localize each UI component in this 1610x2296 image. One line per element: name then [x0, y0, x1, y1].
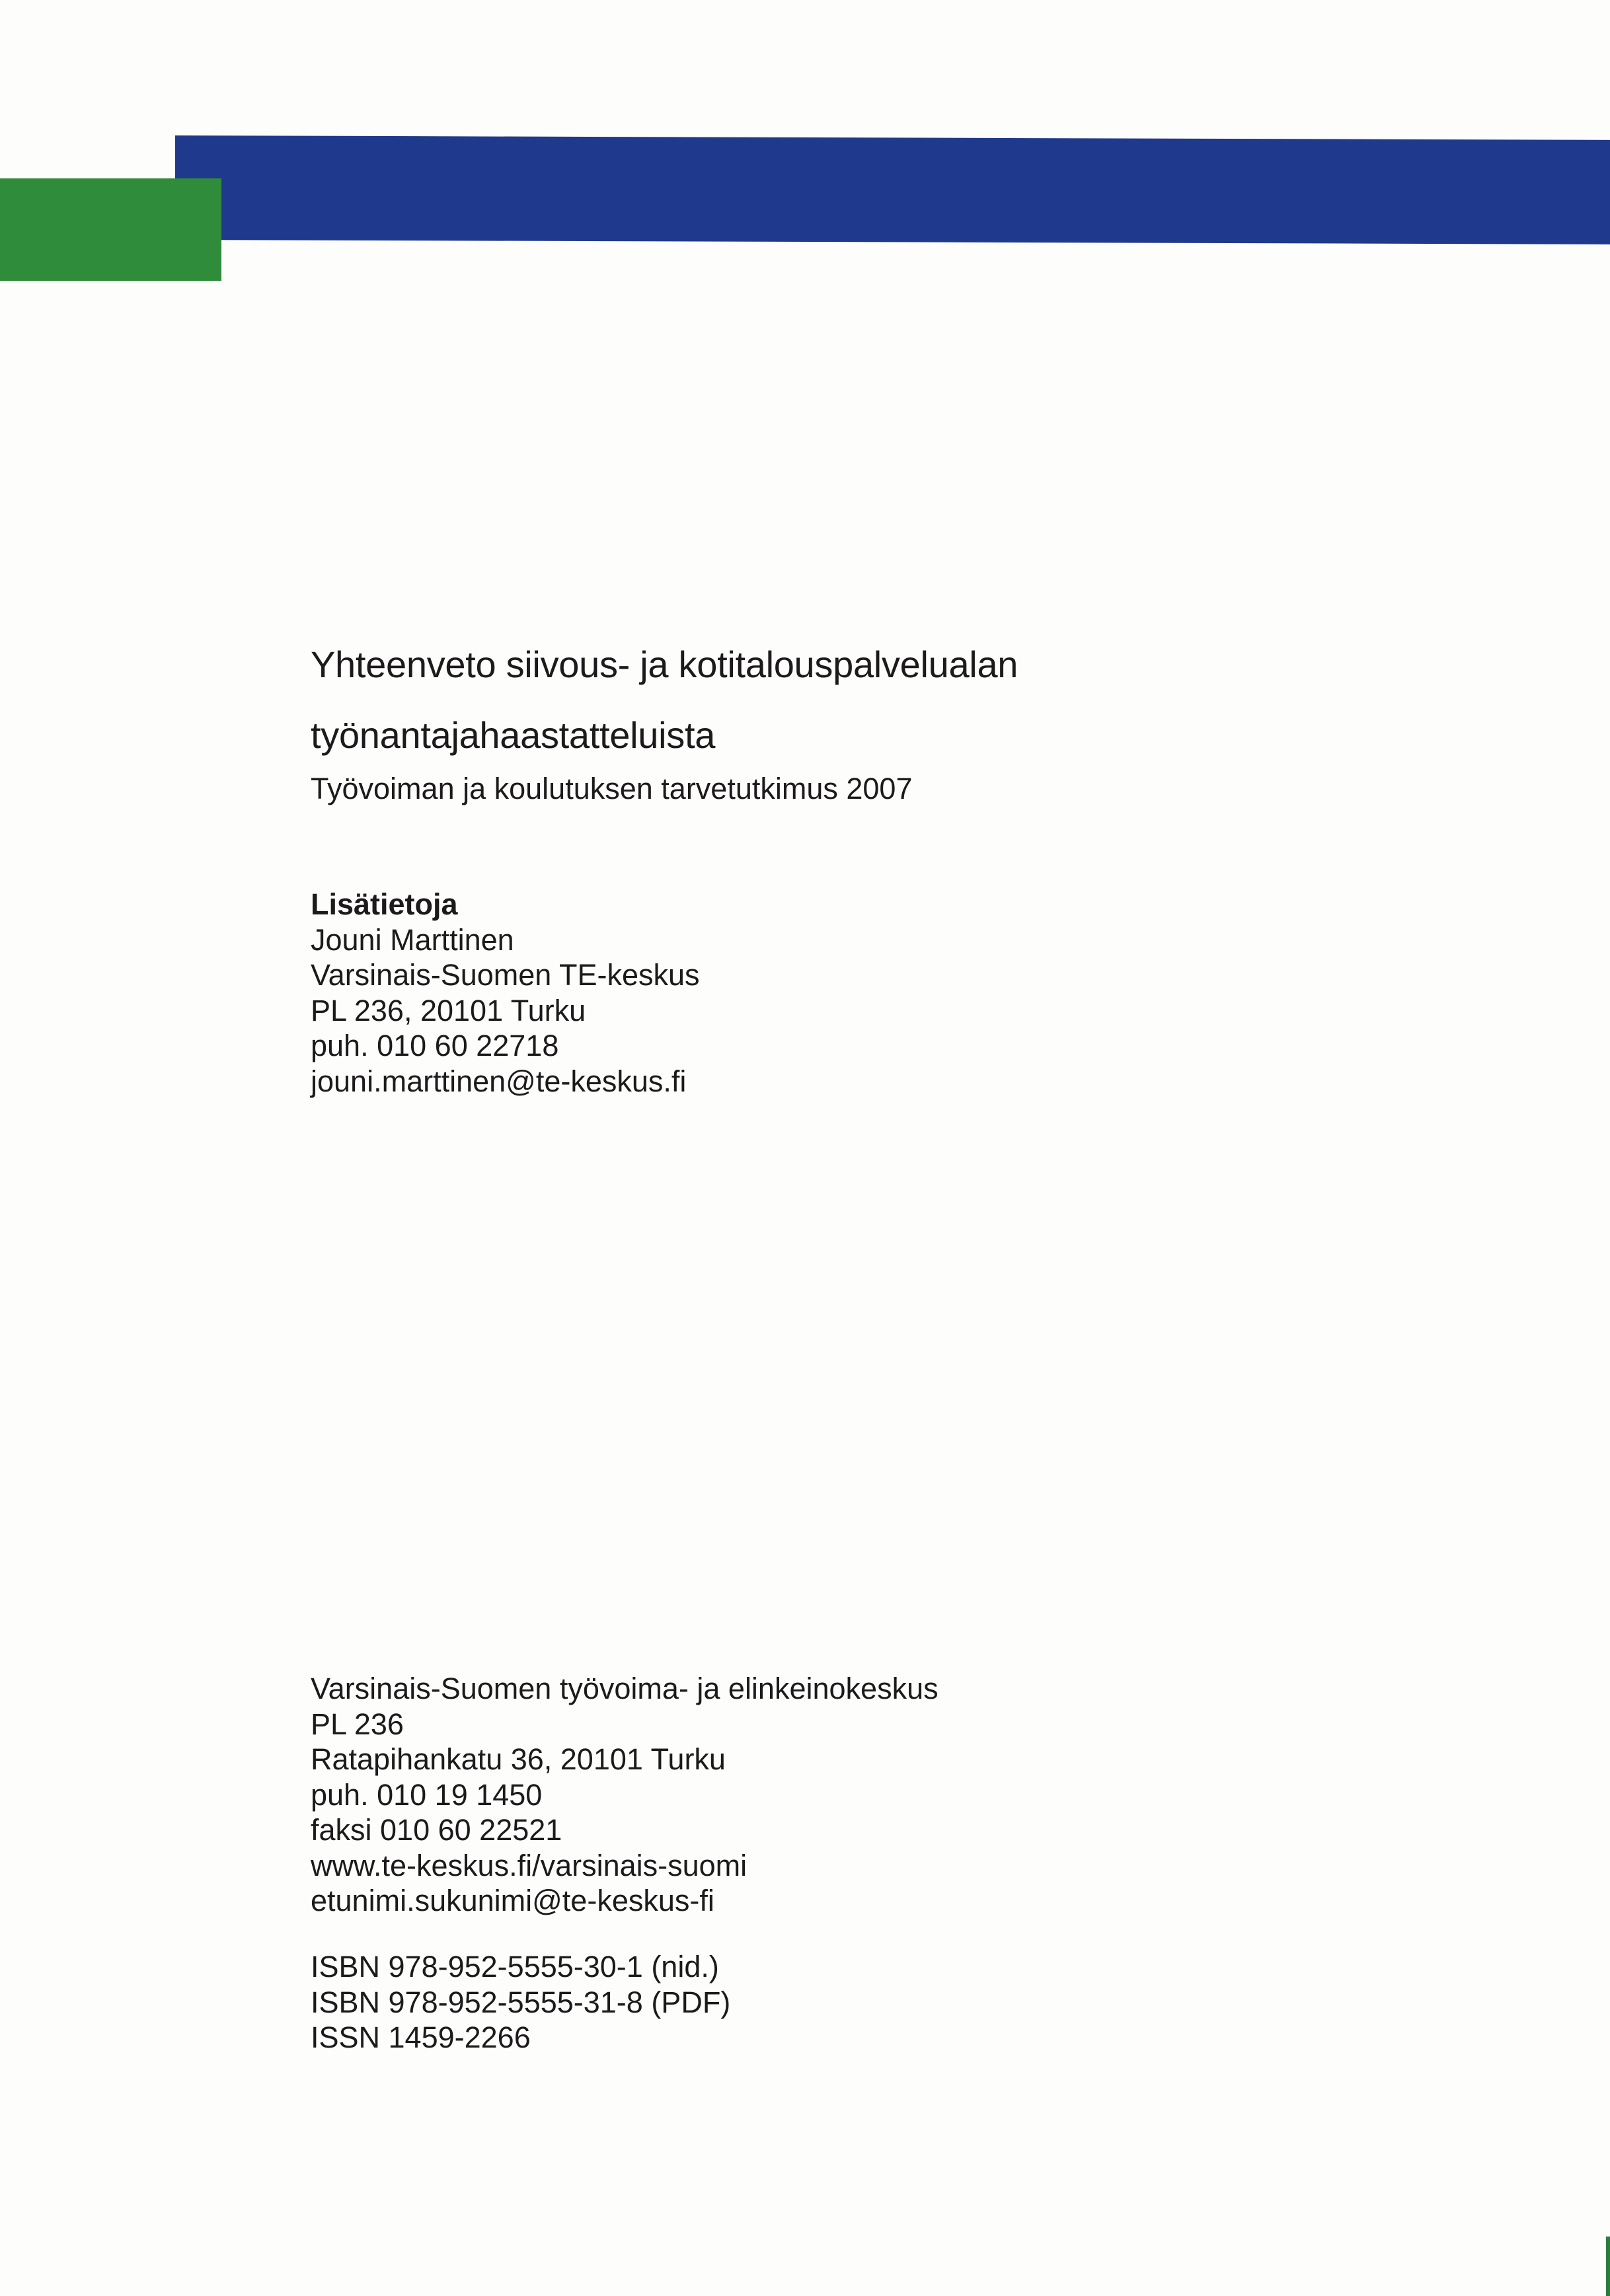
contact-name: Jouni Marttinen: [311, 922, 700, 958]
publisher-name: Varsinais-Suomen työvoima- ja elinkeinok…: [311, 1671, 939, 1707]
header-blue-band: [175, 135, 1610, 244]
publisher-block: Varsinais-Suomen työvoima- ja elinkeinok…: [311, 1671, 939, 1919]
contact-email: jouni.marttinen@te-keskus.fi: [311, 1064, 700, 1099]
publisher-email: etunimi.sukunimi@te-keskus-fi: [311, 1883, 939, 1919]
publisher-po-box: PL 236: [311, 1707, 939, 1742]
edge-green-mark: [1606, 2237, 1610, 2296]
contact-phone: puh. 010 60 22718: [311, 1028, 700, 1064]
contact-heading: Lisätietoja: [311, 887, 700, 922]
contact-organization: Varsinais-Suomen TE-keskus: [311, 957, 700, 993]
issn: ISSN 1459-2266: [311, 2020, 730, 2055]
document-title: Yhteenveto siivous- ja kotitalouspalvelu…: [311, 629, 1018, 770]
title-line-1: Yhteenveto siivous- ja kotitalouspalvelu…: [311, 629, 1018, 700]
contact-address: PL 236, 20101 Turku: [311, 993, 700, 1029]
publisher-web: www.te-keskus.fi/varsinais-suomi: [311, 1848, 939, 1884]
publisher-phone: puh. 010 19 1450: [311, 1777, 939, 1813]
isbn-print: ISBN 978-952-5555-30-1 (nid.): [311, 1949, 730, 1985]
header-green-block: [0, 178, 221, 281]
title-line-2: työnantajahaastatteluista: [311, 700, 1018, 770]
document-subtitle: Työvoiman ja koulutuksen tarvetutkimus 2…: [311, 771, 912, 807]
isbn-pdf: ISBN 978-952-5555-31-8 (PDF): [311, 1985, 730, 2020]
contact-block: Lisätietoja Jouni Marttinen Varsinais-Su…: [311, 887, 700, 1099]
publisher-street: Ratapihankatu 36, 20101 Turku: [311, 1742, 939, 1777]
publisher-fax: faksi 010 60 22521: [311, 1812, 939, 1848]
identifiers-block: ISBN 978-952-5555-30-1 (nid.) ISBN 978-9…: [311, 1949, 730, 2055]
